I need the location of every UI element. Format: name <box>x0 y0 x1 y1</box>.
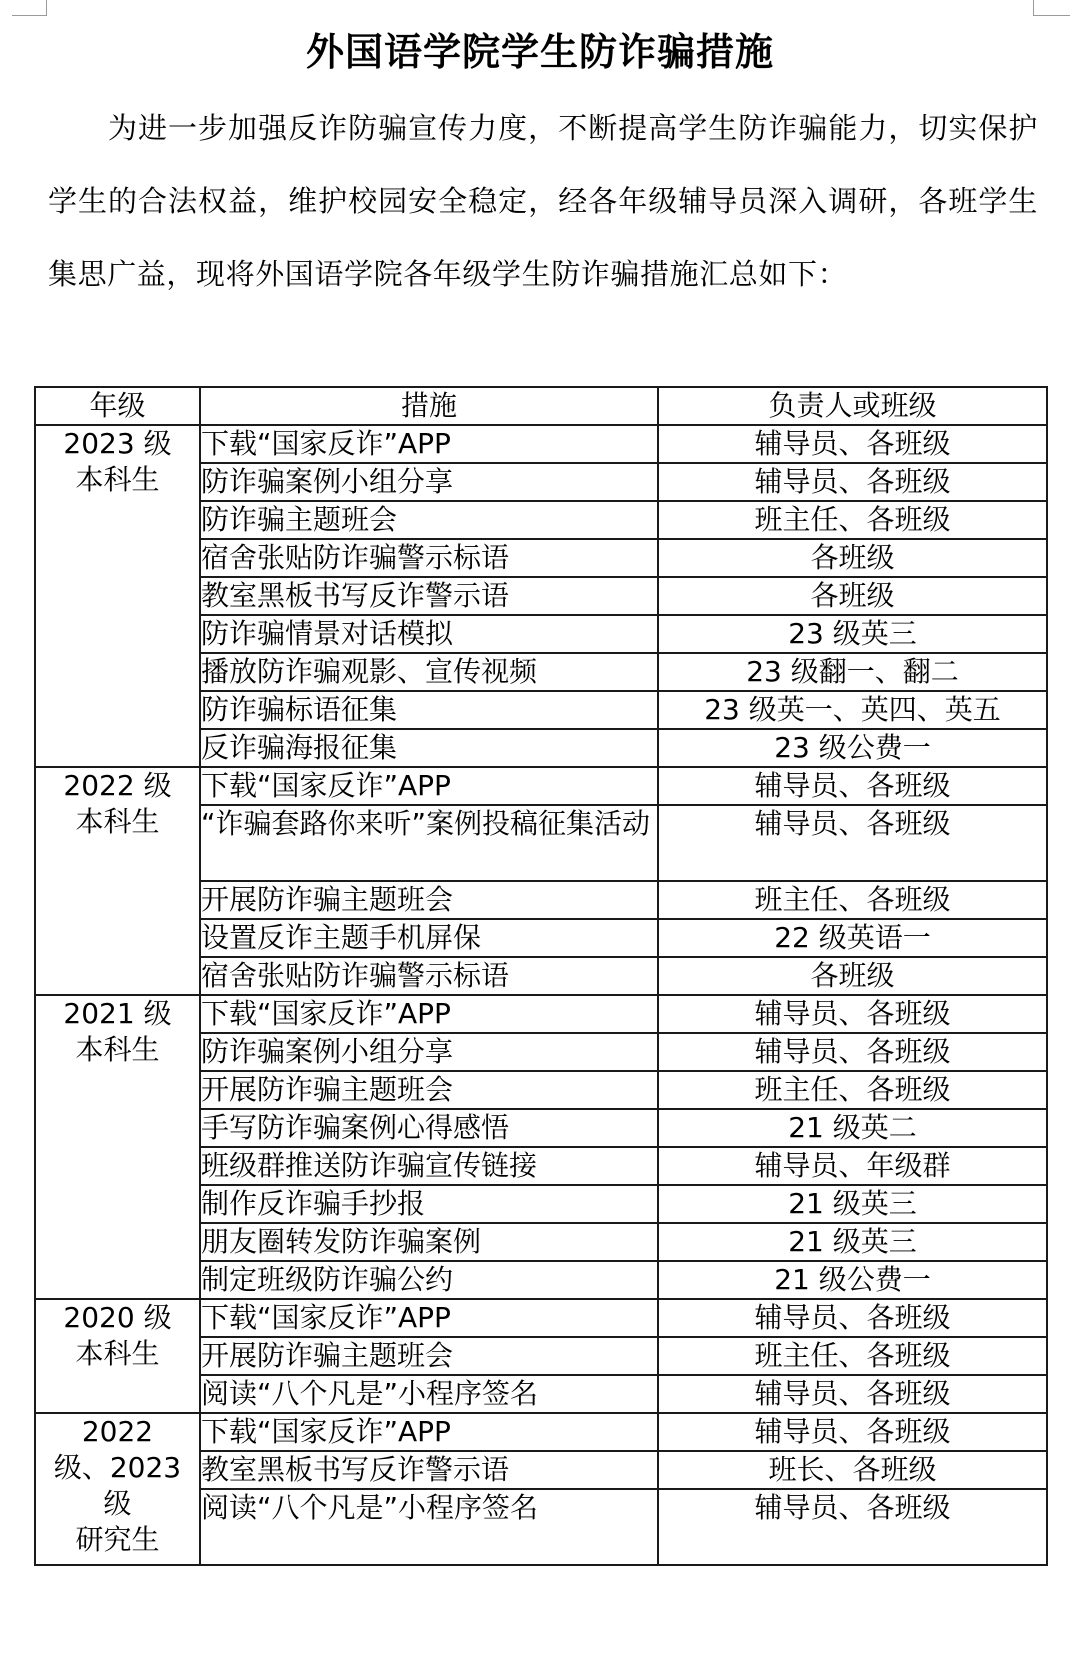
owner-cell: 辅导员、各班级 <box>658 425 1047 463</box>
owner-cell: 23 级英三 <box>658 615 1047 653</box>
owner-cell: 辅导员、各班级 <box>658 767 1047 805</box>
owner-cell: 辅导员、各班级 <box>658 805 1047 881</box>
owner-cell: 辅导员、各班级 <box>658 1375 1047 1413</box>
owner-cell: 21 级公费一 <box>658 1261 1047 1299</box>
owner-cell: 22 级英语一 <box>658 919 1047 957</box>
measure-cell: 下载“国家反诈”APP <box>200 767 658 805</box>
grade-cell: 2022 级、2023 级 研究生 <box>35 1413 200 1565</box>
measure-cell: 下载“国家反诈”APP <box>200 1413 658 1451</box>
owner-cell: 班主任、各班级 <box>658 1337 1047 1375</box>
grade-cell: 2022 级 本科生 <box>35 767 200 995</box>
owner-cell: 辅导员、各班级 <box>658 1299 1047 1337</box>
measure-cell: 下载“国家反诈”APP <box>200 995 658 1033</box>
table-row: 2021 级 本科生 下载“国家反诈”APP 辅导员、各班级 <box>35 995 1047 1033</box>
owner-cell: 各班级 <box>658 539 1047 577</box>
measure-cell: 宿舍张贴防诈骗警示标语 <box>200 539 658 577</box>
measure-cell: 下载“国家反诈”APP <box>200 1299 658 1337</box>
owner-cell: 21 级英三 <box>658 1185 1047 1223</box>
anti-fraud-measures-table: 年级 措施 负责人或班级 2023 级 本科生 下载“国家反诈”APP 辅导员、… <box>34 386 1048 1566</box>
measure-cell: 防诈骗标语征集 <box>200 691 658 729</box>
owner-cell: 班主任、各班级 <box>658 881 1047 919</box>
owner-cell: 班主任、各班级 <box>658 501 1047 539</box>
measure-cell: 朋友圈转发防诈骗案例 <box>200 1223 658 1261</box>
measure-cell: 设置反诈主题手机屏保 <box>200 919 658 957</box>
table-row: 2020 级 本科生 下载“国家反诈”APP 辅导员、各班级 <box>35 1299 1047 1337</box>
owner-cell: 21 级英二 <box>658 1109 1047 1147</box>
owner-cell: 23 级翻一、翻二 <box>658 653 1047 691</box>
owner-cell: 辅导员、各班级 <box>658 1413 1047 1451</box>
measure-cell: 反诈骗海报征集 <box>200 729 658 767</box>
table-header-row: 年级 措施 负责人或班级 <box>35 387 1047 425</box>
header-measure: 措施 <box>200 387 658 425</box>
measure-cell: 防诈骗主题班会 <box>200 501 658 539</box>
owner-cell: 班长、各班级 <box>658 1451 1047 1489</box>
header-grade: 年级 <box>35 387 200 425</box>
measure-cell: 防诈骗案例小组分享 <box>200 463 658 501</box>
measure-cell: 开展防诈骗主题班会 <box>200 881 658 919</box>
measure-cell: 防诈骗案例小组分享 <box>200 1033 658 1071</box>
grade-cell: 2020 级 本科生 <box>35 1299 200 1413</box>
measure-cell: 播放防诈骗观影、宣传视频 <box>200 653 658 691</box>
table-row: 2022 级 本科生 下载“国家反诈”APP 辅导员、各班级 <box>35 767 1047 805</box>
owner-cell: 辅导员、各班级 <box>658 463 1047 501</box>
measure-cell: 阅读“八个凡是”小程序签名 <box>200 1489 658 1565</box>
document-title: 外国语学院学生防诈骗措施 <box>0 24 1080 80</box>
measure-cell: 制定班级防诈骗公约 <box>200 1261 658 1299</box>
measure-cell: “诈骗套路你来听”案例投稿征集活动 <box>200 805 658 881</box>
owner-cell: 辅导员、各班级 <box>658 995 1047 1033</box>
owner-cell: 21 级英三 <box>658 1223 1047 1261</box>
grade-cell: 2021 级 本科生 <box>35 995 200 1299</box>
grade-cell: 2023 级 本科生 <box>35 425 200 767</box>
table-row: 2023 级 本科生 下载“国家反诈”APP 辅导员、各班级 <box>35 425 1047 463</box>
table-row: 2022 级、2023 级 研究生 下载“国家反诈”APP 辅导员、各班级 <box>35 1413 1047 1451</box>
measure-cell: 阅读“八个凡是”小程序签名 <box>200 1375 658 1413</box>
measure-cell: 防诈骗情景对话模拟 <box>200 615 658 653</box>
owner-cell: 各班级 <box>658 577 1047 615</box>
measure-cell: 教室黑板书写反诈警示语 <box>200 577 658 615</box>
owner-cell: 班主任、各班级 <box>658 1071 1047 1109</box>
measure-cell: 下载“国家反诈”APP <box>200 425 658 463</box>
measure-cell: 制作反诈骗手抄报 <box>200 1185 658 1223</box>
page-corner-mark-right <box>1033 0 1070 16</box>
owner-cell: 辅导员、各班级 <box>658 1489 1047 1565</box>
header-owner: 负责人或班级 <box>658 387 1047 425</box>
owner-cell: 23 级公费一 <box>658 729 1047 767</box>
measure-cell: 手写防诈骗案例心得感悟 <box>200 1109 658 1147</box>
measure-cell: 宿舍张贴防诈骗警示标语 <box>200 957 658 995</box>
owner-cell: 各班级 <box>658 957 1047 995</box>
intro-paragraph: 为进一步加强反诈防骗宣传力度，不断提高学生防诈骗能力，切实保护学生的合法权益，维… <box>48 92 1038 311</box>
measure-cell: 开展防诈骗主题班会 <box>200 1071 658 1109</box>
measure-cell: 班级群推送防诈骗宣传链接 <box>200 1147 658 1185</box>
owner-cell: 23 级英一、英四、英五 <box>658 691 1047 729</box>
owner-cell: 辅导员、年级群 <box>658 1147 1047 1185</box>
measure-cell: 教室黑板书写反诈警示语 <box>200 1451 658 1489</box>
measure-cell: 开展防诈骗主题班会 <box>200 1337 658 1375</box>
page-corner-mark-left <box>12 0 47 16</box>
owner-cell: 辅导员、各班级 <box>658 1033 1047 1071</box>
